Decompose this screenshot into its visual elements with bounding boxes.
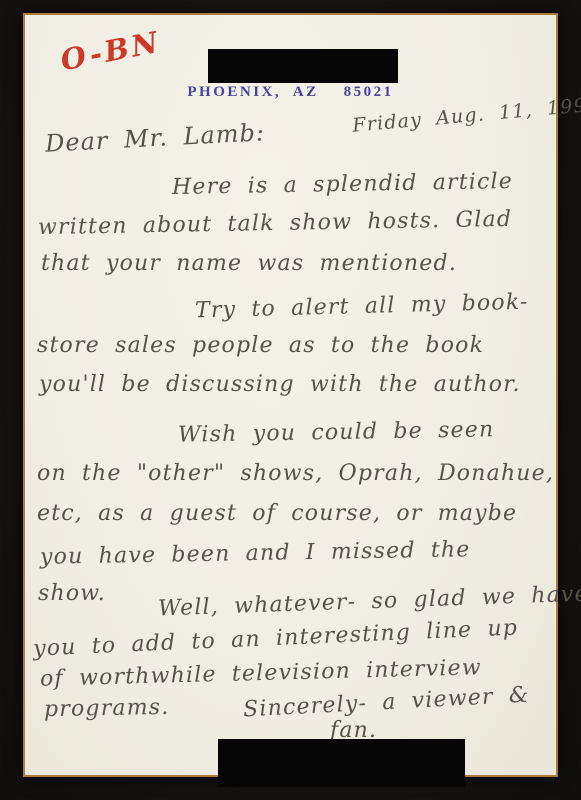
scanned-letter: O-BN PHOENIX, AZ 85021 Friday Aug. 11, 1… <box>0 0 581 800</box>
handwritten-line: you'll be discussing with the author. <box>39 372 521 397</box>
letterhead-redaction-bar <box>208 49 398 83</box>
handwritten-line: store sales people as to the book <box>37 333 484 358</box>
letterhead-city-line: PHOENIX, AZ 85021 <box>23 84 558 101</box>
handwritten-line: on the "other" shows, Oprah, Donahue, <box>37 461 554 486</box>
handwritten-line: etc, as a guest of course, or maybe <box>37 501 517 526</box>
handwritten-line: show. <box>38 581 106 606</box>
signature-redaction-bar <box>218 739 465 787</box>
handwritten-line: that your name was mentioned. <box>41 251 457 276</box>
handwritten-line: programs. <box>44 695 170 722</box>
